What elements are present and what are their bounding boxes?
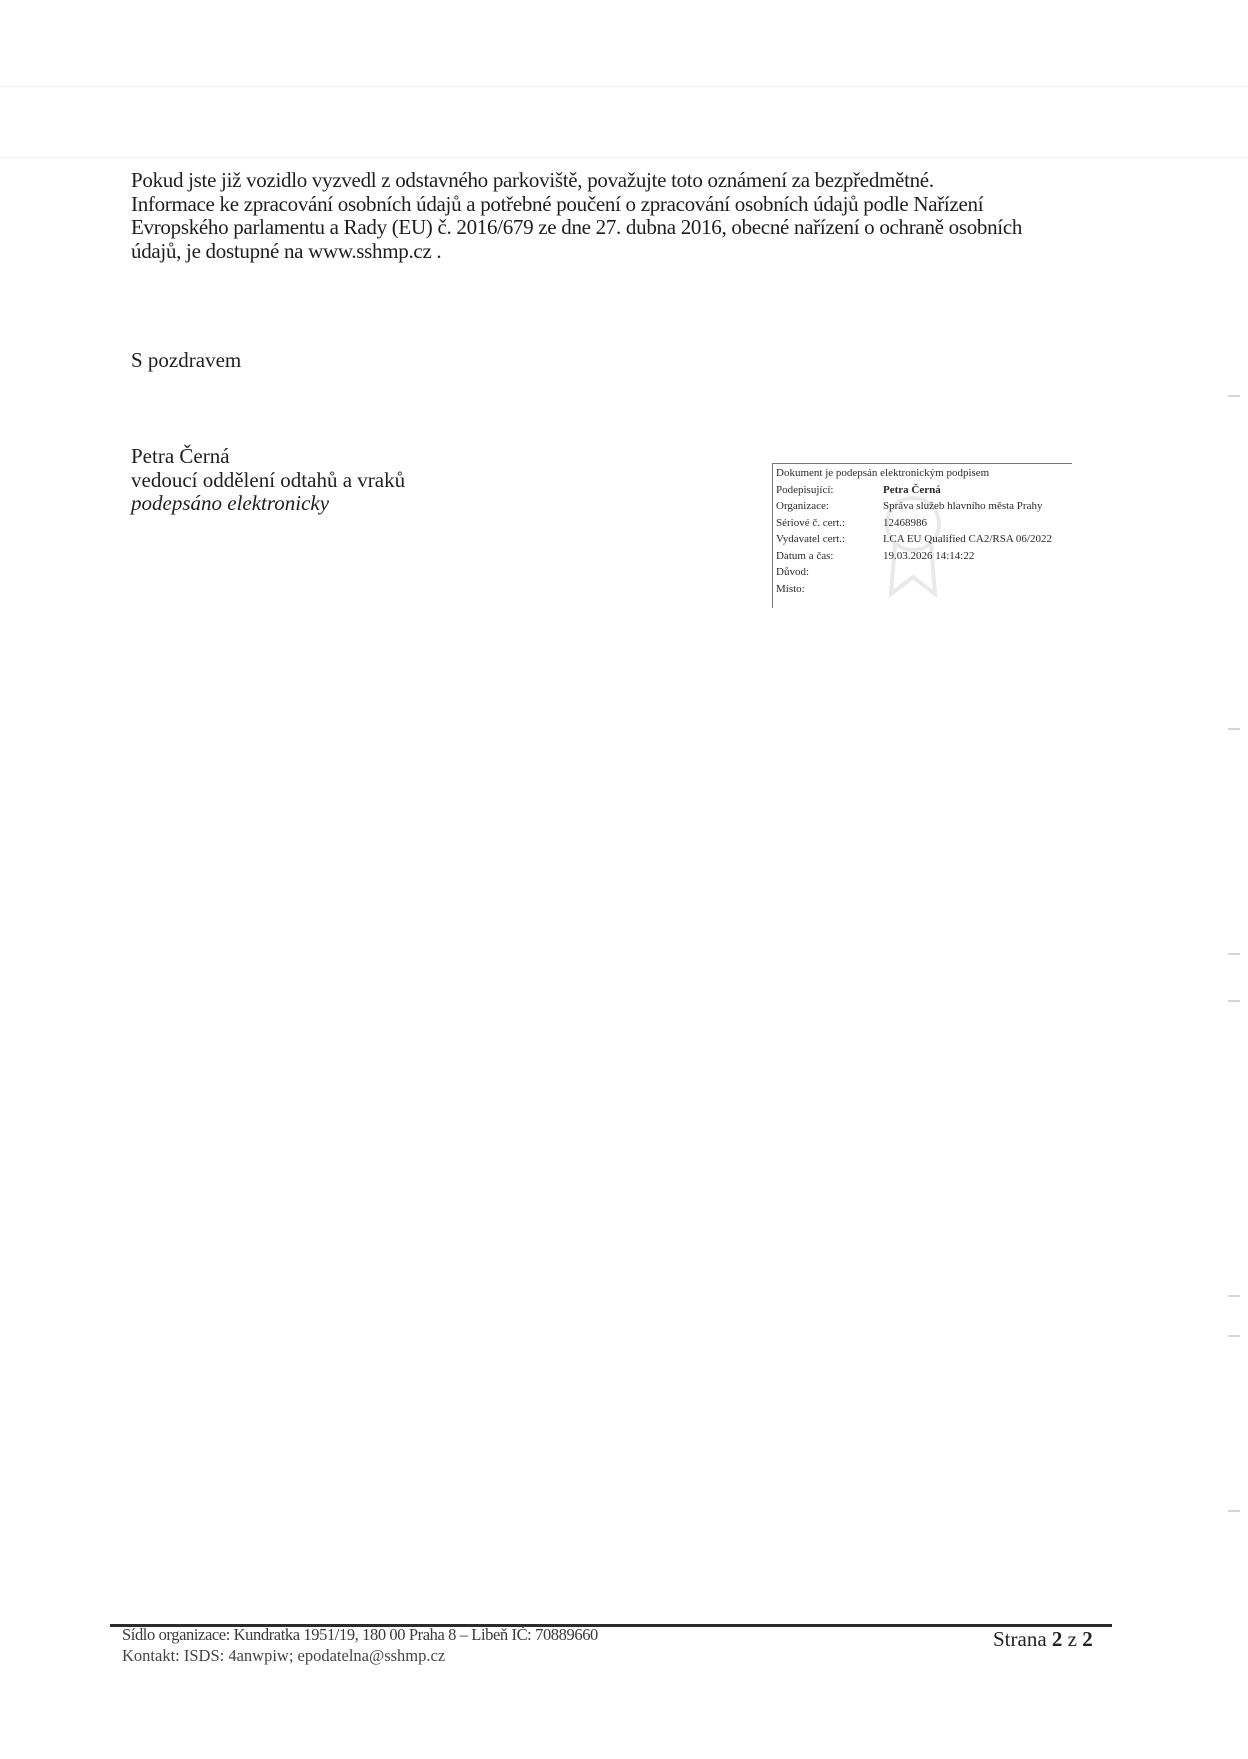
greeting: S pozdravem bbox=[131, 348, 241, 373]
page-label: Strana bbox=[993, 1627, 1047, 1651]
footer-contact: Kontakt: ISDS: 4anwpiw; epodatelna@sshmp… bbox=[122, 1645, 598, 1666]
signature-row: Místo: bbox=[776, 581, 1072, 598]
signer-name: Petra Černá bbox=[131, 445, 405, 469]
footer-address: Sídlo organizace: Kundratka 1951/19, 180… bbox=[122, 1624, 598, 1645]
signature-label: Podepisující: bbox=[776, 482, 883, 499]
paragraph-line: Informace ke zpracování osobních údajů a… bbox=[131, 193, 1131, 217]
signature-label: Datum a čas: bbox=[776, 548, 883, 565]
paragraph-line: Pokud jste již vozidlo vyzvedl z odstavn… bbox=[131, 169, 1131, 193]
signature-title: Dokument je podepsán elektronickým podpi… bbox=[776, 465, 1072, 482]
signature-value: Správa služeb hlavního města Prahy bbox=[883, 498, 1042, 515]
paragraph-line: údajů, je dostupné na www.sshmp.cz . bbox=[131, 240, 1131, 264]
body-paragraph: Pokud jste již vozidlo vyzvedl z odstavn… bbox=[131, 169, 1131, 263]
signature-label: Sériové č. cert.: bbox=[776, 515, 883, 532]
scan-edge-mark bbox=[1228, 395, 1240, 397]
signature-value: I.CA EU Qualified CA2/RSA 06/2022 bbox=[883, 531, 1052, 548]
page-current: 2 bbox=[1052, 1627, 1063, 1651]
footer-info: Sídlo organizace: Kundratka 1951/19, 180… bbox=[122, 1624, 598, 1666]
signature-row: Důvod: bbox=[776, 564, 1072, 581]
scan-artifact-line bbox=[0, 157, 1248, 158]
signer-block: Petra Černá vedoucí oddělení odtahů a vr… bbox=[131, 445, 405, 516]
page-separator: z bbox=[1068, 1627, 1077, 1651]
signature-value: 19.03.2026 14:14:22 bbox=[883, 548, 974, 565]
signature-value: 12468986 bbox=[883, 515, 927, 532]
signature-label: Místo: bbox=[776, 581, 883, 598]
signature-label: Vydavatel cert.: bbox=[776, 531, 883, 548]
signer-position: vedoucí oddělení odtahů a vraků bbox=[131, 469, 405, 493]
scan-edge-mark bbox=[1228, 728, 1240, 730]
page-total: 2 bbox=[1082, 1627, 1093, 1651]
scan-edge-mark bbox=[1228, 1000, 1240, 1002]
signature-value: Petra Černá bbox=[883, 482, 941, 499]
signature-row: Sériové č. cert.: 12468986 bbox=[776, 515, 1072, 532]
electronic-signature-box: Dokument je podepsán elektronickým podpi… bbox=[772, 463, 1072, 608]
signature-label: Důvod: bbox=[776, 564, 883, 581]
signer-note: podepsáno elektronicky bbox=[131, 492, 405, 516]
signature-row: Vydavatel cert.: I.CA EU Qualified CA2/R… bbox=[776, 531, 1072, 548]
scan-edge-mark bbox=[1228, 1335, 1240, 1337]
signature-row: Podepisující: Petra Černá bbox=[776, 482, 1072, 499]
scan-edge-mark bbox=[1228, 1295, 1240, 1297]
scan-edge-mark bbox=[1228, 953, 1240, 955]
signature-label: Organizace: bbox=[776, 498, 883, 515]
signature-row: Datum a čas: 19.03.2026 14:14:22 bbox=[776, 548, 1072, 565]
scan-artifact-line bbox=[0, 86, 1248, 87]
scan-edge-mark bbox=[1228, 1510, 1240, 1512]
page-number: Strana 2 z 2 bbox=[993, 1627, 1093, 1652]
signature-row: Organizace: Správa služeb hlavního města… bbox=[776, 498, 1072, 515]
paragraph-line: Evropského parlamentu a Rady (EU) č. 201… bbox=[131, 216, 1131, 240]
